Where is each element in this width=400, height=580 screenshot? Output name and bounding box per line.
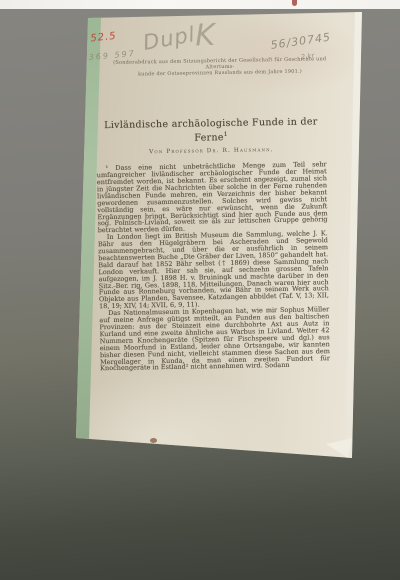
scan-top-strip (0, 0, 400, 9)
paragraph-3: Das Nationalmuseum in Kopenhagen hat, wi… (99, 306, 330, 372)
paragraph-2: In London liegt im British Museum die Sa… (98, 230, 329, 310)
duplicate-scrawl-initial: K (194, 18, 216, 54)
handwritten-duplicate-scrawl: DuplK (140, 11, 218, 58)
paper-edge-nick (150, 438, 157, 443)
offprint-page: 52.5 369 597 DuplK 56/30745 2 kr (Sonder… (74, 10, 368, 462)
duplicate-scrawl-text: Dupl (141, 22, 197, 55)
paragraph-1: ¹ Dass eine nicht unbeträchtliche Menge … (97, 161, 328, 234)
handwritten-accession-number: 56/30745 (270, 30, 332, 51)
scanned-offprint-photo: 52.5 369 597 DuplK 56/30745 2 kr (Sonder… (0, 0, 400, 580)
page-content: 52.5 369 597 DuplK 56/30745 2 kr (Sonder… (72, 8, 374, 465)
title-footnote-mark: 1 (224, 131, 228, 138)
article-title: Livländische archäologische Funde in der… (96, 116, 326, 145)
offprint-source-note: (Sonderabdruck aus dem Sitzungsbericht d… (101, 56, 339, 79)
dust-speck (292, 0, 297, 6)
handwritten-shelf-mark-red: 52.5 (90, 31, 117, 45)
article: Livländische archäologische Funde in der… (96, 116, 330, 372)
article-body: ¹ Dass eine nicht unbeträchtliche Menge … (97, 161, 331, 372)
article-byline: Von Professor Dr. R. Hausmann. (96, 146, 326, 156)
